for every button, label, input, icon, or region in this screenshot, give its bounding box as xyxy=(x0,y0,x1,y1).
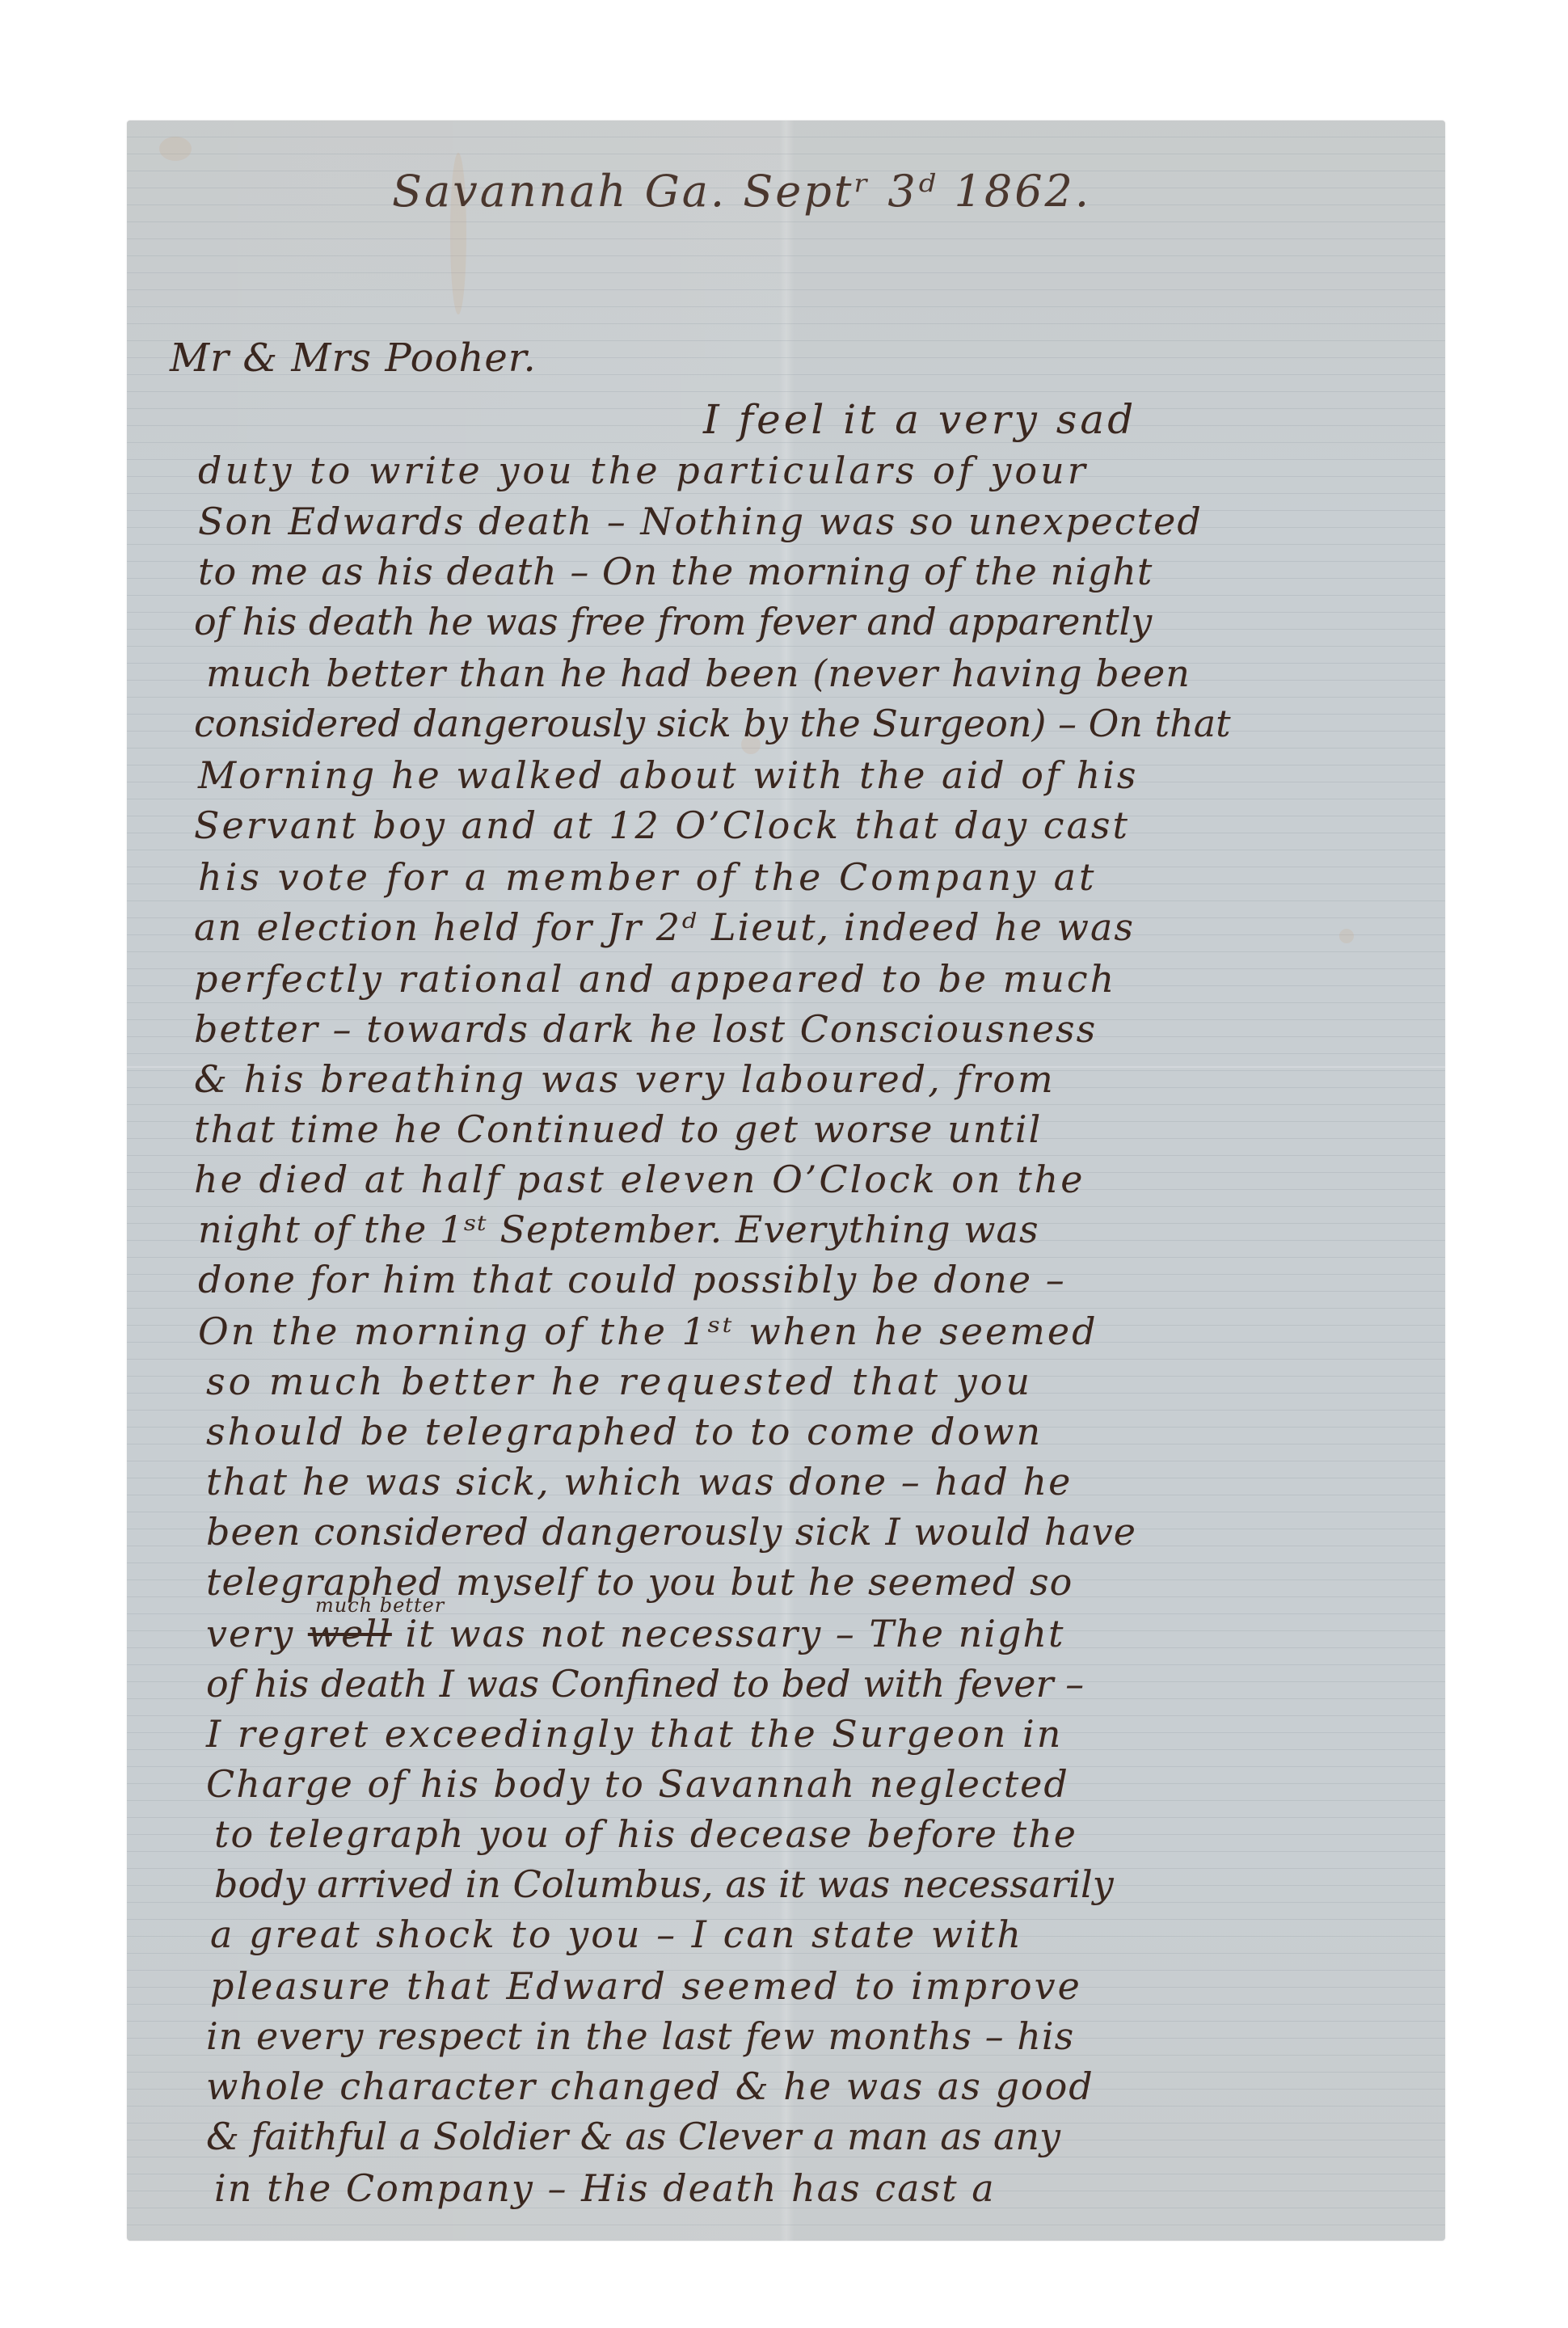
letter-body-line: duty to write you the particulars of you… xyxy=(198,449,1089,492)
letter-body-line: a great shock to you – I can state with xyxy=(210,1913,1023,1956)
letter-body-line: Morning he walked about with the aid of … xyxy=(198,753,1139,797)
letter-salutation: Mr & Mrs Pooher. xyxy=(170,335,537,381)
letter-place-date: Savannah Ga. Septʳ 3ᵈ 1862. xyxy=(392,166,1091,217)
letter-body-line: been considered dangerously sick I would… xyxy=(206,1510,1136,1554)
letter-body-line: I regret exceedingly that the Surgeon in xyxy=(206,1712,1063,1756)
letter-body-line: night of the 1ˢᵗ September. Everything w… xyxy=(198,1208,1039,1251)
letter-body-line: Charge of his body to Savannah neglected xyxy=(206,1762,1069,1806)
letter-body-line: should be telegraphed to to come down xyxy=(206,1410,1043,1453)
paper-stain xyxy=(159,137,192,161)
line-text-before: very xyxy=(206,1612,308,1655)
letter-body-line: done for him that could possibly be done… xyxy=(198,1258,1066,1301)
letter-body-line: in the Company – His death has cast a xyxy=(214,2166,996,2210)
letter-body-line: an election held for Jr 2ᵈ Lieut, indeed… xyxy=(194,905,1135,949)
paper-stain xyxy=(1339,929,1354,943)
letter-body-line: Son Edwards death – Nothing was so unexp… xyxy=(198,500,1203,543)
line-text-after: it was not necessary – The night xyxy=(392,1612,1065,1655)
letter-body-line: much better than he had been (never havi… xyxy=(206,652,1191,695)
letter-body-line: so much better he requested that you xyxy=(206,1360,1033,1403)
letter-body-line: I feel it a very sad xyxy=(703,396,1136,443)
letter-body-line: On the morning of the 1ˢᵗ when he seemed xyxy=(198,1309,1098,1353)
letter-body-line: of his death he was free from fever and … xyxy=(194,600,1152,643)
letter-body-line: he died at half past eleven O’Clock on t… xyxy=(194,1158,1085,1201)
letter-body-line: considered dangerously sick by the Surge… xyxy=(194,702,1231,745)
letter-body-line: in every respect in the last few months … xyxy=(206,2014,1074,2058)
letter-body-line: of his death I was Confined to bed with … xyxy=(206,1662,1084,1706)
letter-body-line: better – towards dark he lost Consciousn… xyxy=(194,1007,1097,1051)
letter-body-line: to telegraph you of his decease before t… xyxy=(214,1812,1077,1856)
letter-body-line: & faithful a Soldier & as Clever a man a… xyxy=(206,2115,1060,2158)
letter-body-line-with-correction: very well it was not necessary – The nig… xyxy=(206,1612,1064,1655)
letter-body-line: & his breathing was very laboured, from xyxy=(194,1057,1056,1101)
letter-body-line: body arrived in Columbus, as it was nece… xyxy=(214,1862,1114,1906)
letter-body-line: whole character changed & he was as good xyxy=(206,2064,1094,2108)
letter-body-line: pleasure that Edward seemed to improve xyxy=(210,1964,1082,2008)
struck-word: well xyxy=(308,1612,392,1655)
letter-body-line: that time he Continued to get worse unti… xyxy=(194,1107,1042,1151)
letter-body-line: to me as his death – On the morning of t… xyxy=(198,550,1153,593)
letter-body-line: his vote for a member of the Company at xyxy=(198,855,1098,899)
letter-body-line: Servant boy and at 12 O’Clock that day c… xyxy=(194,803,1130,847)
letter-body-line: perfectly rational and appeared to be mu… xyxy=(194,957,1116,1001)
letter-body-line: that he was sick, which was done – had h… xyxy=(206,1460,1072,1503)
